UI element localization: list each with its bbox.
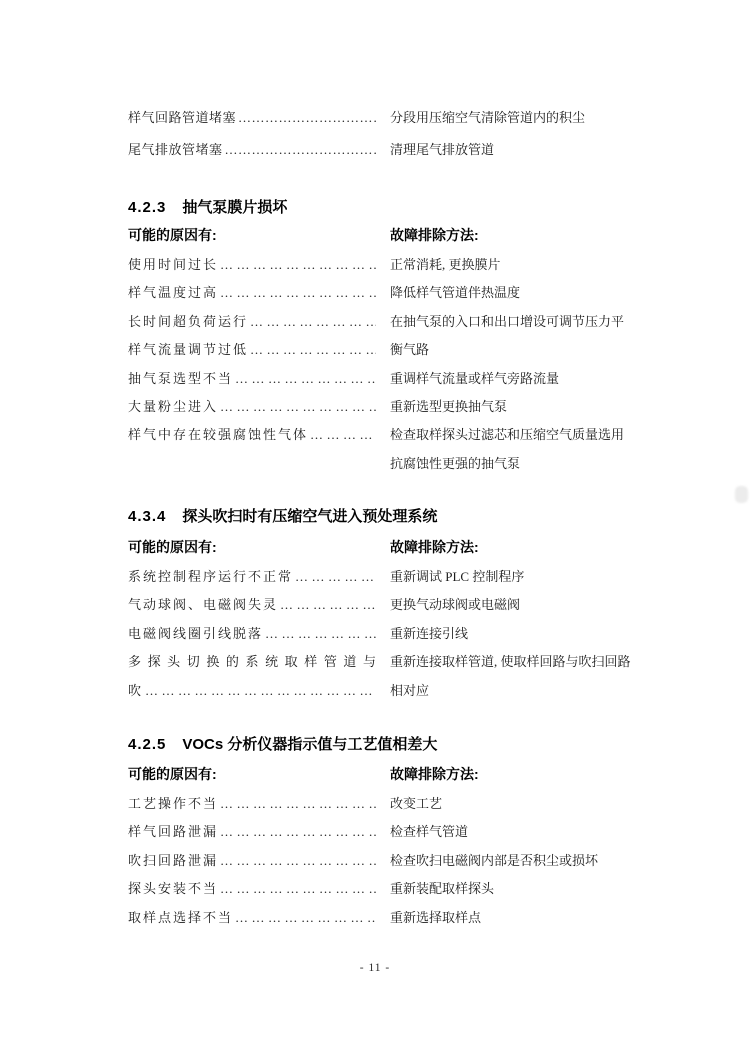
dot-leader: ……………………………………………… (143, 677, 376, 705)
fault-row: 使用时间过长 ……………………………………………… 正常消耗, 更换膜片 (128, 251, 632, 279)
section-title: 抽气泵膜片损坏 (182, 199, 287, 216)
row-cause: 大量粉尘进入 (128, 393, 218, 421)
fault-row-left: 尾气排放管堵塞 ……………………………………………… (128, 134, 376, 166)
fault-row: 探头安装不当 ……………………………………………… 重新装配取样探头 (128, 875, 632, 903)
dot-leader: ……………………………………………… (263, 620, 376, 648)
row-remedy: 抗腐蚀性更强的抽气泵 (390, 450, 520, 478)
remedies-header: 故障排除方法: (390, 227, 479, 243)
dot-leader: ……………………………………………… (218, 818, 376, 846)
row-remedy: 检查吹扫电磁阀内部是否积尘或损坏 (390, 847, 598, 875)
fault-rows-list: 使用时间过长 ……………………………………………… 正常消耗, 更换膜片 样气温… (128, 251, 632, 478)
fault-row: 样气温度过高 ……………………………………………… 降低样气管道伴热温度 (128, 279, 632, 307)
dot-leader: ……………………………………………… (218, 251, 376, 279)
fault-row: 抽气泵选型不当 ……………………………………………… 重调样气流量或样气旁路流量 (128, 365, 632, 393)
fault-row-left: 样气中存在较强腐蚀性气体 ……………………………………………… (128, 421, 376, 449)
remedies-header: 故障排除方法: (390, 766, 479, 782)
section-number: 4.2.5 (128, 736, 166, 753)
dot-leader: ……………………………………………… (308, 421, 376, 449)
row-cause: 尾气排放管堵塞 (128, 134, 223, 166)
fault-row-left: 样气流量调节过低 ……………………………………………… (128, 336, 376, 364)
fault-row: 吹 ……………………………………………… 相对应 (128, 677, 632, 705)
row-remedy: 重新调试 PLC 控制程序 (390, 563, 524, 591)
causes-header: 可能的原因有: (128, 539, 376, 555)
dot-leader: ……………………………………………… (293, 563, 376, 591)
page-number: - 11 - (0, 962, 750, 975)
fault-row: 样气中存在较强腐蚀性气体 ……………………………………………… 检查取样探头过滤… (128, 421, 632, 449)
row-remedy: 重新选型更换抽气泵 (390, 393, 507, 421)
section-number: 4.2.3 (128, 199, 166, 216)
section-title: 探头吹扫时有压缩空气进入预处理系统 (182, 508, 437, 525)
fault-row-left: 大量粉尘进入 ……………………………………………… (128, 393, 376, 421)
row-cause: 取样点选择不当 (128, 904, 233, 932)
row-cause: 多探头切换的系统取样管道与 (128, 648, 376, 676)
scan-smudge-artifact (735, 486, 748, 503)
row-cause: 电磁阀线圈引线脱落 (128, 620, 263, 648)
remedies-header: 故障排除方法: (390, 539, 479, 555)
fault-row-left (128, 450, 376, 478)
fault-row-left: 样气温度过高 ……………………………………………… (128, 279, 376, 307)
fault-row: 吹扫回路泄漏 ……………………………………………… 检查吹扫电磁阀内部是否积尘或… (128, 847, 632, 875)
row-cause: 样气回路管道堵塞 (128, 102, 236, 134)
fault-row: 系统控制程序运行不正常 ……………………………………………… 重新调试 PLC … (128, 563, 632, 591)
column-headers: 可能的原因有: 故障排除方法: (128, 766, 632, 782)
fault-row-left: 气动球阀、电磁阀失灵 ……………………………………………… (128, 591, 376, 619)
fault-row: 样气回路泄漏 ……………………………………………… 检查样气管道 (128, 818, 632, 846)
dot-leader: ……………………………………………… (218, 393, 376, 421)
row-remedy: 清理尾气排放管道 (390, 134, 494, 166)
fault-rows-list: 工艺操作不当 ……………………………………………… 改变工艺 样气回路泄漏 ……… (128, 790, 632, 932)
fault-row-left: 工艺操作不当 ……………………………………………… (128, 790, 376, 818)
dot-leader: ……………………………………………… (218, 847, 376, 875)
dot-leader: ……………………………………………… (218, 875, 376, 903)
row-remedy: 重新连接取样管道, 使取样回路与吹扫回路 (390, 648, 631, 676)
section-4-2-5: 4.2.5VOCs 分析仪器指示值与工艺值相差大 可能的原因有: 故障排除方法:… (128, 736, 632, 932)
column-headers: 可能的原因有: 故障排除方法: (128, 539, 632, 555)
dot-leader: ……………………………………………… (218, 279, 376, 307)
row-remedy: 重新装配取样探头 (390, 875, 494, 903)
causes-header: 可能的原因有: (128, 766, 376, 782)
row-cause: 系统控制程序运行不正常 (128, 563, 293, 591)
row-cause: 工艺操作不当 (128, 790, 218, 818)
row-remedy: 更换气动球阀或电磁阀 (390, 591, 520, 619)
dot-leader: ……………………………………………… (278, 591, 376, 619)
row-cause: 样气回路泄漏 (128, 818, 218, 846)
fault-row: 工艺操作不当 ……………………………………………… 改变工艺 (128, 790, 632, 818)
row-cause: 探头安装不当 (128, 875, 218, 903)
fault-row: 样气回路管道堵塞 ……………………………………………… 分段用压缩空气清除管道内… (128, 102, 632, 134)
row-cause: 长时间超负荷运行 (128, 308, 248, 336)
row-remedy: 正常消耗, 更换膜片 (390, 251, 501, 279)
section-4-2-3: 4.2.3抽气泵膜片损坏 可能的原因有: 故障排除方法: 使用时间过长 …………… (128, 199, 632, 478)
row-cause: 使用时间过长 (128, 251, 218, 279)
dot-leader: ……………………………………………… (236, 102, 376, 134)
causes-header: 可能的原因有: (128, 227, 376, 243)
row-remedy: 降低样气管道伴热温度 (390, 279, 520, 307)
fault-rows-list: 系统控制程序运行不正常 ……………………………………………… 重新调试 PLC … (128, 563, 632, 705)
fault-row-left: 样气回路泄漏 ……………………………………………… (128, 818, 376, 846)
row-remedy: 相对应 (390, 677, 429, 705)
fault-row: 长时间超负荷运行 ……………………………………………… 在抽气泵的入口和出口增设… (128, 308, 632, 336)
row-cause: 样气流量调节过低 (128, 336, 248, 364)
section-number: 4.3.4 (128, 508, 166, 525)
dot-leader: ……………………………………………… (248, 308, 376, 336)
fault-row-left: 样气回路管道堵塞 ……………………………………………… (128, 102, 376, 134)
row-remedy: 改变工艺 (390, 790, 442, 818)
fault-row-left: 使用时间过长 ……………………………………………… (128, 251, 376, 279)
fault-row-left: 探头安装不当 ……………………………………………… (128, 875, 376, 903)
fault-row-left: 多探头切换的系统取样管道与 (128, 648, 376, 676)
row-remedy: 重新选择取样点 (390, 904, 481, 932)
fault-row: 气动球阀、电磁阀失灵 ……………………………………………… 更换气动球阀或电磁阀 (128, 591, 632, 619)
section-heading: 4.2.3抽气泵膜片损坏 (128, 199, 632, 216)
fault-row: 尾气排放管堵塞 ……………………………………………… 清理尾气排放管道 (128, 134, 632, 166)
dot-leader: ……………………………………………… (248, 336, 376, 364)
intro-rows-list: 样气回路管道堵塞 ……………………………………………… 分段用压缩空气清除管道内… (128, 102, 632, 166)
row-remedy: 重调样气流量或样气旁路流量 (390, 365, 559, 393)
row-cause: 气动球阀、电磁阀失灵 (128, 591, 278, 619)
dot-leader: ……………………………………………… (233, 365, 376, 393)
row-cause: 样气温度过高 (128, 279, 218, 307)
section-title: VOCs 分析仪器指示值与工艺值相差大 (182, 736, 437, 753)
fault-row: 样气流量调节过低 ……………………………………………… 衡气路 (128, 336, 632, 364)
dot-leader: ……………………………………………… (218, 790, 376, 818)
intro-fault-rows: 样气回路管道堵塞 ……………………………………………… 分段用压缩空气清除管道内… (128, 102, 632, 166)
fault-row: 大量粉尘进入 ……………………………………………… 重新选型更换抽气泵 (128, 393, 632, 421)
fault-row: 取样点选择不当 ……………………………………………… 重新选择取样点 (128, 904, 632, 932)
row-remedy: 衡气路 (390, 336, 429, 364)
row-cause: 吹扫回路泄漏 (128, 847, 218, 875)
row-cause: 吹 (128, 677, 143, 705)
fault-row: 抗腐蚀性更强的抽气泵 (128, 450, 632, 478)
section-heading: 4.3.4探头吹扫时有压缩空气进入预处理系统 (128, 508, 632, 525)
document-page: 样气回路管道堵塞 ……………………………………………… 分段用压缩空气清除管道内… (0, 0, 750, 1061)
row-remedy: 重新连接引线 (390, 620, 468, 648)
fault-row: 多探头切换的系统取样管道与 重新连接取样管道, 使取样回路与吹扫回路 (128, 648, 632, 676)
fault-row-left: 吹 ……………………………………………… (128, 677, 376, 705)
fault-row-left: 抽气泵选型不当 ……………………………………………… (128, 365, 376, 393)
fault-row-left: 取样点选择不当 ……………………………………………… (128, 904, 376, 932)
dot-leader: ……………………………………………… (233, 904, 376, 932)
row-cause: 抽气泵选型不当 (128, 365, 233, 393)
column-headers: 可能的原因有: 故障排除方法: (128, 227, 632, 243)
row-remedy: 分段用压缩空气清除管道内的积尘 (390, 102, 585, 134)
dot-leader: ……………………………………………… (223, 134, 376, 166)
row-remedy: 检查取样探头过滤芯和压缩空气质量选用 (390, 421, 624, 449)
row-cause: 样气中存在较强腐蚀性气体 (128, 421, 308, 449)
row-remedy: 检查样气管道 (390, 818, 468, 846)
fault-row-left: 长时间超负荷运行 ……………………………………………… (128, 308, 376, 336)
row-remedy: 在抽气泵的入口和出口增设可调节压力平 (390, 308, 624, 336)
section-heading: 4.2.5VOCs 分析仪器指示值与工艺值相差大 (128, 736, 632, 753)
fault-row: 电磁阀线圈引线脱落 ……………………………………………… 重新连接引线 (128, 620, 632, 648)
fault-row-left: 系统控制程序运行不正常 ……………………………………………… (128, 563, 376, 591)
fault-row-left: 电磁阀线圈引线脱落 ……………………………………………… (128, 620, 376, 648)
section-4-3-4: 4.3.4探头吹扫时有压缩空气进入预处理系统 可能的原因有: 故障排除方法: 系… (128, 508, 632, 705)
fault-row-left: 吹扫回路泄漏 ……………………………………………… (128, 847, 376, 875)
